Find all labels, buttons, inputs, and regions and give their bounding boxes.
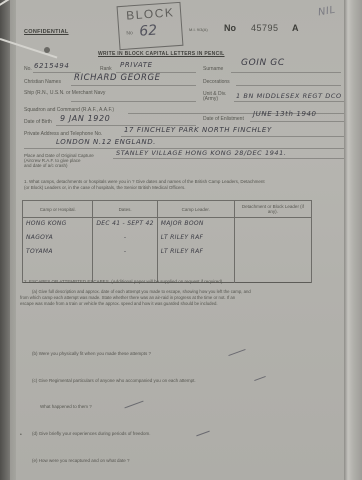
rank-label: Rank bbox=[100, 66, 112, 72]
unit-value: 1 BN MIDDLESEX REGT DCO bbox=[236, 92, 342, 100]
section2-c-followup: What happened to them ? bbox=[40, 404, 92, 409]
date-of-birth-label: Date of Birth bbox=[24, 119, 52, 125]
place-of-capture-label: Place and Date of Original Capture (Airc… bbox=[24, 153, 94, 168]
dates-cell: - bbox=[93, 246, 157, 260]
camp-leader-cell: MAJOR BOON bbox=[157, 218, 234, 233]
service-no-label: No. bbox=[24, 66, 32, 72]
section2-b-question: (b) Were you physically fit when you mad… bbox=[32, 351, 151, 356]
service-no-value: 6215494 bbox=[34, 62, 69, 70]
table-row: HONG KONG DEC 41 - SEPT 42 MAJOR BOON bbox=[23, 218, 312, 233]
document-number: 45795 bbox=[251, 23, 279, 33]
ship-label: Ship (R.N., U.S.N. or Merchant Navy bbox=[24, 91, 105, 96]
surname-label: Surname bbox=[203, 66, 223, 72]
table-row: TOYAMA - LT RILEY RAF bbox=[23, 246, 312, 260]
camps-table: Camp or Hospital. Dates. Camp Leader. De… bbox=[22, 200, 312, 283]
dates-cell: DEC 41 - SEPT 42 bbox=[93, 218, 157, 233]
camp-cell: HONG KONG bbox=[23, 218, 93, 233]
section2-a-line2: from which camp each attempt was made. S… bbox=[20, 295, 235, 300]
detachment-leader-cell bbox=[234, 218, 311, 233]
stamp-title: BLOCK bbox=[126, 5, 175, 22]
binding-edge bbox=[0, 0, 10, 480]
document-number-suffix: A bbox=[292, 23, 299, 33]
stamp-number: 62 bbox=[139, 23, 158, 40]
section2-e-question: (e) How were you recaptured and on what … bbox=[32, 458, 130, 463]
private-address-line2: LONDON N.12 ENGLAND. bbox=[56, 138, 156, 146]
col-camp-leader-header: Camp Leader. bbox=[157, 201, 234, 218]
private-address-line1: 17 FINCHLEY PARK NORTH FINCHLEY bbox=[124, 126, 272, 134]
classification-label: CONFIDENTIAL bbox=[24, 29, 69, 35]
instruction-heading: WRITE IN BLOCK CAPITAL LETTERS IN PENCIL bbox=[98, 51, 225, 57]
camp-cell: NAGOYA bbox=[23, 232, 93, 246]
date-of-birth-value: 9 JAN 1920 bbox=[60, 114, 110, 123]
detachment-leader-cell bbox=[234, 246, 311, 260]
decorations-label: Decorations bbox=[203, 79, 230, 85]
number-label: No bbox=[224, 23, 236, 33]
camp-cell: TOYAMA bbox=[23, 246, 93, 260]
block-stamp: BLOCK No 62 bbox=[117, 2, 184, 50]
detachment-leader-cell bbox=[234, 232, 311, 246]
corner-annotation: NIL bbox=[317, 5, 336, 19]
christian-names-label: Christian Names bbox=[24, 79, 61, 85]
private-address-label: Private Address and Telephone No. bbox=[24, 131, 102, 137]
stamp-no-label: No bbox=[126, 30, 133, 36]
col-camp-header: Camp or Hospital. bbox=[23, 201, 93, 218]
section2-c-question: (c) Give Regimental particulars of anyon… bbox=[32, 378, 196, 383]
dates-cell: - bbox=[93, 232, 157, 246]
camps-table-header: Camp or Hospital. Dates. Camp Leader. De… bbox=[23, 201, 312, 218]
margin-dot: • bbox=[20, 432, 22, 438]
col-dates-header: Dates. bbox=[93, 201, 157, 218]
camp-leader-cell: LT RILEY RAF bbox=[157, 232, 234, 246]
rank-value: PRIVATE bbox=[120, 61, 153, 69]
form-reference: M.I. 9/3(A) bbox=[189, 27, 208, 32]
binding-knot bbox=[44, 47, 50, 53]
section2-a-line1: (a) Give full description and approx. da… bbox=[32, 289, 251, 294]
squadron-label: Squadron and Command (R.A.F., A.A.F.) bbox=[24, 107, 114, 113]
surname-value: GOIN GC bbox=[241, 58, 285, 68]
page-right-edge bbox=[344, 0, 362, 480]
section2-a-line3: escape was made from a train or vehicle … bbox=[20, 301, 218, 306]
place-of-capture-value: STANLEY VILLAGE HONG KONG 28/DEC 1941. bbox=[116, 149, 287, 157]
table-row: NAGOYA - LT RILEY RAF bbox=[23, 232, 312, 246]
section1-question-line2: (or Block) Leaders or, in the case of ho… bbox=[24, 185, 186, 190]
col-detachment-leader-header: Detachment or Block Leader (if any). bbox=[234, 201, 311, 218]
unit-label: Unit & Div. (Army) bbox=[203, 92, 231, 102]
christian-names-value: RICHARD GEORGE bbox=[74, 73, 161, 83]
section2-d-question: (d) Give briefly your experiences during… bbox=[32, 431, 151, 436]
date-of-enlistment-label: Date of Enlistment bbox=[203, 116, 244, 122]
section2-title: 2. ESCAPES OR ATTEMPTED ESCAPES. (Additi… bbox=[24, 279, 224, 284]
pow-questionnaire-page: CONFIDENTIAL BLOCK No 62 M.I. 9/3(A) No … bbox=[16, 0, 348, 480]
camp-leader-cell: LT RILEY RAF bbox=[157, 246, 234, 260]
section1-question-line1: 1. What camps, detachments or hospitals … bbox=[24, 179, 265, 184]
date-of-enlistment-value: JUNE 13th 1940 bbox=[253, 110, 317, 118]
